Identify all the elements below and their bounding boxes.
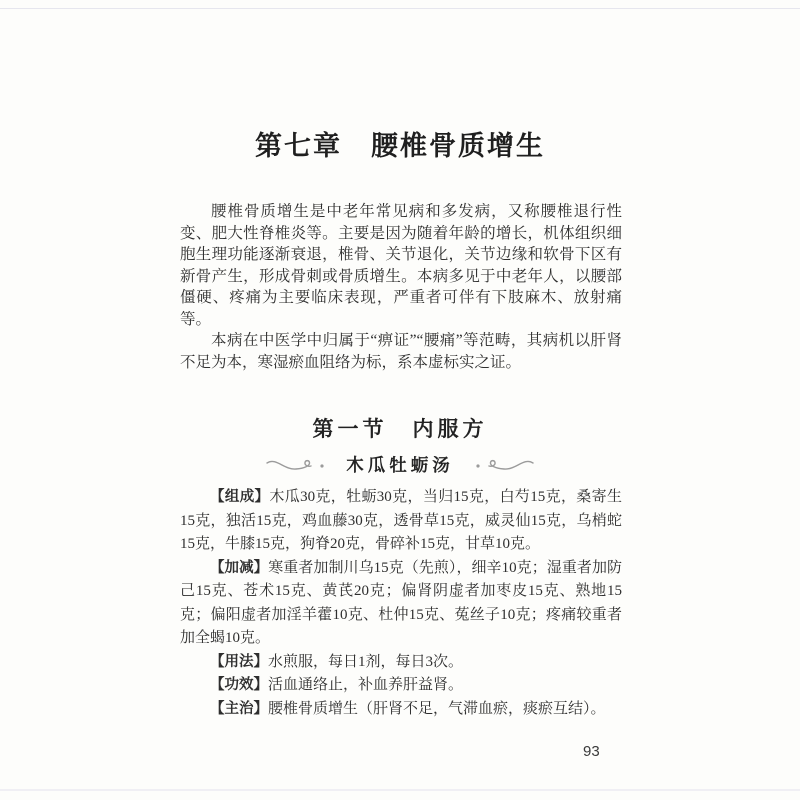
entry-composition: 【组成】木瓜30克，牡蛎30克，当归15克，白芍15克，桑寄生15克，独活15克… (180, 486, 622, 557)
chapter-title: 第七章 腰椎骨质增生 (0, 124, 800, 163)
book-page: 第七章 腰椎骨质增生 腰椎骨质增生是中老年常见病和多发病，又称腰椎退行性变、肥大… (0, 0, 800, 800)
intro-paragraph: 腰椎骨质增生是中老年常见病和多发病，又称腰椎退行性变、肥大性脊椎炎等。主要是因为… (180, 201, 622, 330)
entry-label: 【用法】 (210, 654, 268, 670)
recipe-title: 木瓜牡蛎汤 (346, 452, 454, 477)
intro-paragraph: 本病在中医学中归属于“痹证”“腰痛”等范畴，其病机以肝肾不足为本，寒湿瘀血阻络为… (180, 330, 622, 373)
scroll-flourish-right-icon (468, 457, 534, 473)
entry-text: 水煎服，每日1剂，每日3次。 (268, 654, 463, 670)
entry-effect: 【功效】活血通络止，补血养肝益肾。 (180, 674, 622, 698)
page-top-edge (0, 8, 800, 9)
entry-indication: 【主治】腰椎骨质增生（肝肾不足，气滞血瘀，痰瘀互结）。 (180, 698, 622, 722)
scroll-flourish-left-icon (266, 457, 332, 473)
entry-text: 腰椎骨质增生（肝肾不足，气滞血瘀，痰瘀互结）。 (268, 701, 606, 717)
entry-label: 【加减】 (210, 560, 268, 576)
entry-label: 【功效】 (210, 677, 268, 693)
page-bottom-edge (0, 789, 800, 791)
entry-modifications: 【加减】寒重者加制川乌15克（先煎），细辛10克；湿重者加防己15克、苍术15克… (180, 557, 622, 651)
section-title: 第一节 内服方 (0, 413, 800, 443)
entry-text: 活血通络止，补血养肝益肾。 (268, 677, 463, 693)
entry-label: 【组成】 (210, 489, 269, 505)
intro-text: 腰椎骨质增生是中老年常见病和多发病，又称腰椎退行性变、肥大性脊椎炎等。主要是因为… (180, 201, 622, 373)
entry-usage: 【用法】水煎服，每日1剂，每日3次。 (180, 651, 622, 675)
entry-label: 【主治】 (210, 701, 268, 717)
recipe-header: 木瓜牡蛎汤 (0, 452, 800, 477)
page-number: 93 (583, 743, 600, 760)
recipe-entries: 【组成】木瓜30克，牡蛎30克，当归15克，白芍15克，桑寄生15克，独活15克… (180, 486, 622, 721)
